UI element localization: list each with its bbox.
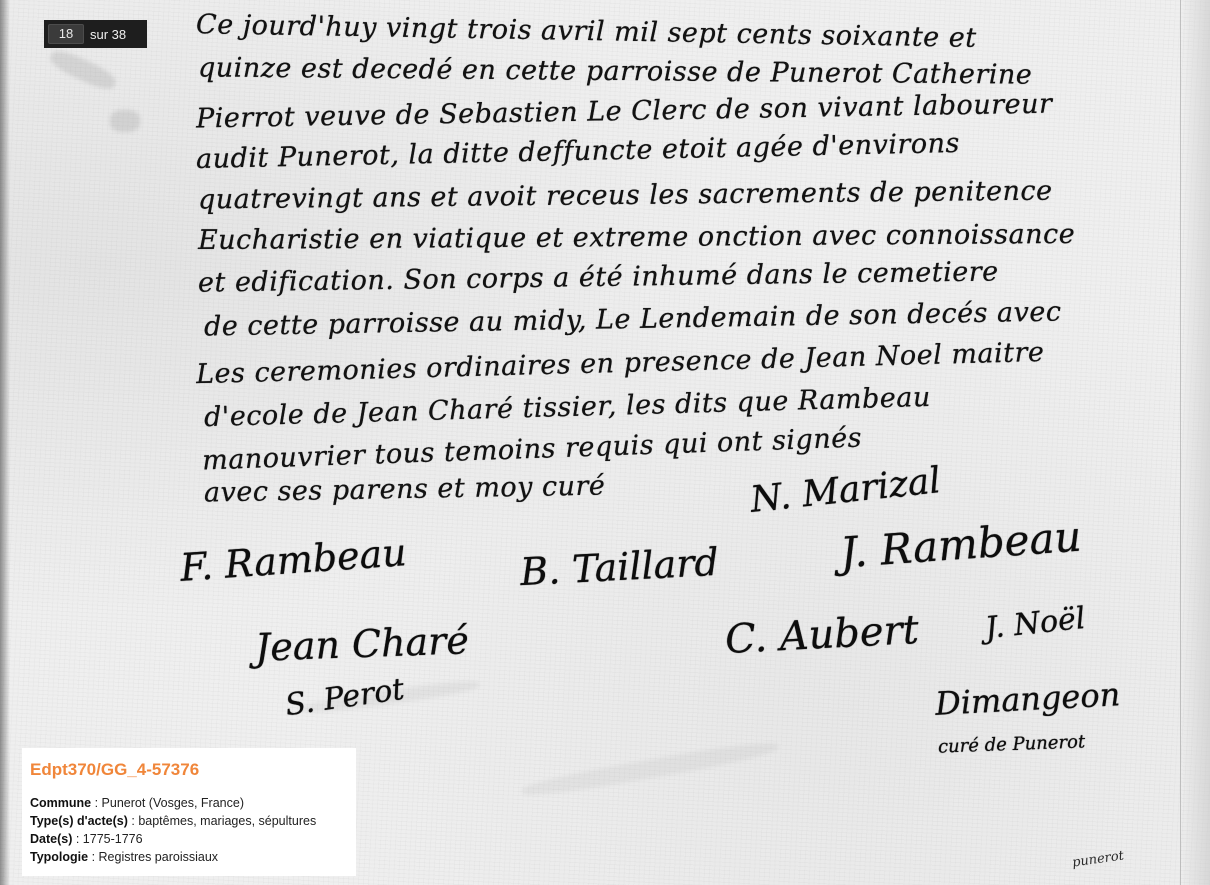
info-value: 1775-1776 — [83, 832, 143, 846]
record-info-card: Edpt370/GG_4-57376 Commune : Punerot (Vo… — [22, 748, 356, 876]
info-row-typology: Typologie : Registres paroissiaux — [30, 848, 348, 866]
signature-marizal: N. Marizal — [748, 460, 942, 521]
register-line-11: manouvrier tous temoins requis qui ont s… — [202, 422, 863, 476]
margin-note: punerot — [1071, 848, 1125, 870]
page-total-label: sur 38 — [90, 27, 126, 42]
register-line-3: Pierrot veuve de Sebastien Le Clerc de s… — [196, 89, 1053, 135]
info-label: Commune — [30, 796, 91, 810]
ink-bleed-mark — [110, 110, 140, 132]
info-label: Typologie — [30, 850, 88, 864]
register-line-8: de cette parroisse au midy, Le Lendemain… — [204, 297, 1062, 343]
signature-dimangeon: Dimangeon — [934, 675, 1121, 723]
signature-jean-chare: Jean Charé — [254, 618, 469, 669]
ink-bleed-mark — [520, 738, 779, 801]
signature-aubert: C. Aubert — [724, 607, 920, 663]
info-label: Type(s) d'acte(s) — [30, 814, 128, 828]
signature-taillard: B. Taillard — [519, 540, 720, 594]
page-number-input[interactable]: 18 — [48, 24, 84, 44]
signature-perot: S. Perot — [283, 672, 406, 723]
info-label: Date(s) — [30, 832, 72, 846]
signature-noel: J. Noël — [983, 601, 1087, 646]
page-counter: 18 sur 38 — [44, 20, 147, 48]
signature-f-rambeau: F. Rambeau — [179, 530, 408, 590]
info-row-act-types: Type(s) d'acte(s) : baptêmes, mariages, … — [30, 812, 348, 830]
page-edge — [1180, 0, 1210, 885]
register-line-7: et edification. Son corps a été inhumé d… — [198, 256, 999, 298]
signature-j-rambeau: J. Rambeau — [839, 512, 1083, 578]
page-binding-shadow — [0, 0, 10, 885]
register-line-5: quatrevingt ans et avoit receus les sacr… — [198, 176, 1053, 216]
register-line-2: quinze est decedé en cette parroisse de … — [198, 52, 1033, 90]
register-line-1: Ce jourd'huy vingt trois avril mil sept … — [196, 9, 977, 54]
info-value: baptêmes, mariages, sépultures — [138, 814, 316, 828]
info-row-dates: Date(s) : 1775-1776 — [30, 830, 348, 848]
record-reference: Edpt370/GG_4-57376 — [30, 760, 348, 780]
signature-cure-title: curé de Punerot — [938, 731, 1086, 757]
register-line-12: avec ses parens et moy curé — [204, 470, 606, 508]
info-value: Punerot (Vosges, France) — [102, 796, 244, 810]
ink-bleed-mark — [47, 46, 119, 94]
register-line-4: audit Punerot, la ditte deffuncte etoit … — [196, 128, 960, 175]
info-row-commune: Commune : Punerot (Vosges, France) — [30, 794, 348, 812]
info-value: Registres paroissiaux — [99, 850, 219, 864]
register-line-6: Eucharistie en viatique et extreme oncti… — [198, 219, 1075, 256]
